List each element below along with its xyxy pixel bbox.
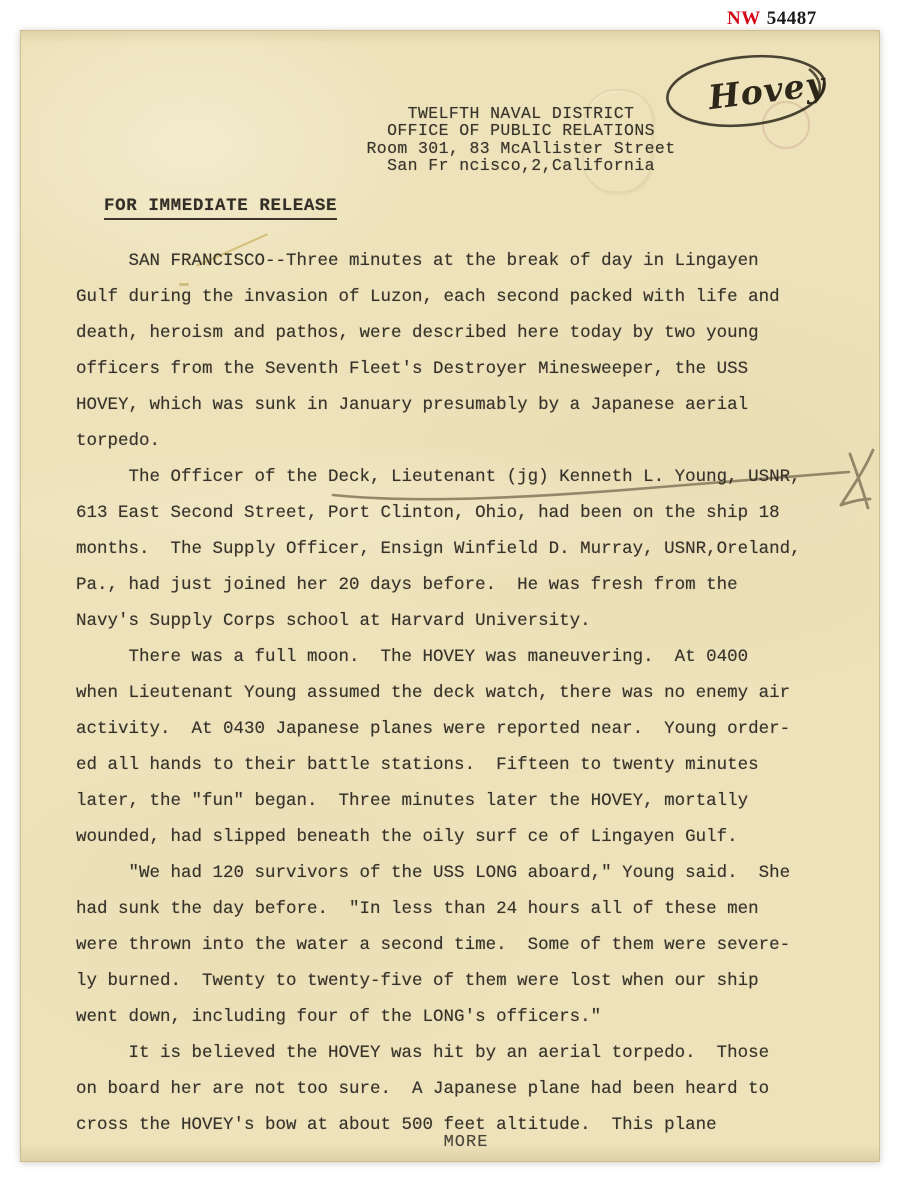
body-line: wounded, had slipped beneath the oily su… — [76, 819, 856, 855]
body-line: had sunk the day before. "In less than 2… — [76, 891, 856, 927]
body-line: SAN FRANCISCO--Three minutes at the brea… — [76, 243, 856, 279]
body-line: There was a full moon. The HOVEY was man… — [76, 639, 856, 675]
typewritten-press-release-sheet: Hovey TWELFTH NAVAL DISTRICTOFFICE OF PU… — [20, 30, 880, 1162]
continuation-marker: MORE — [76, 1133, 856, 1152]
letterhead: TWELFTH NAVAL DISTRICTOFFICE OF PUBLIC R… — [321, 105, 721, 175]
body-line: Pa., had just joined her 20 days before.… — [76, 567, 856, 603]
body-line: HOVEY, which was sunk in January presuma… — [76, 387, 856, 423]
body-line: ly burned. Twenty to twenty-five of them… — [76, 963, 856, 999]
body-line: later, the "fun" began. Three minutes la… — [76, 783, 856, 819]
letterhead-line: TWELFTH NAVAL DISTRICT — [321, 105, 721, 122]
body-line: Navy's Supply Corps school at Harvard Un… — [76, 603, 856, 639]
body-line: when Lieutenant Young assumed the deck w… — [76, 675, 856, 711]
body-line: Gulf during the invasion of Luzon, each … — [76, 279, 856, 315]
letterhead-line: San Fr ncisco,2,California — [321, 157, 721, 174]
body-line: officers from the Seventh Fleet's Destro… — [76, 351, 856, 387]
body-line: went down, including four of the LONG's … — [76, 999, 856, 1035]
letterhead-line: Room 301, 83 McAllister Street — [321, 140, 721, 157]
body-line: The Officer of the Deck, Lieutenant (jg)… — [76, 459, 856, 495]
typed-body: SAN FRANCISCO--Three minutes at the brea… — [76, 243, 856, 1143]
body-line: months. The Supply Officer, Ensign Winfi… — [76, 531, 856, 567]
archive-reference-prefix: NW — [727, 8, 761, 29]
body-line: death, heroism and pathos, were describe… — [76, 315, 856, 351]
archive-reference-number: NW54487 — [727, 8, 817, 30]
body-line: activity. At 0430 Japanese planes were r… — [76, 711, 856, 747]
archive-reference-digits: 54487 — [767, 8, 817, 29]
body-line: torpedo. — [76, 423, 856, 459]
scan-background: { "colors": { "paper": "#ede2ba", "ink":… — [0, 0, 899, 1200]
release-designation: FOR IMMEDIATE RELEASE — [104, 196, 337, 220]
body-line: 613 East Second Street, Port Clinton, Oh… — [76, 495, 856, 531]
body-line: ed all hands to their battle stations. F… — [76, 747, 856, 783]
letterhead-line: OFFICE OF PUBLIC RELATIONS — [321, 122, 721, 139]
body-line: were thrown into the water a second time… — [76, 927, 856, 963]
body-line: It is believed the HOVEY was hit by an a… — [76, 1035, 856, 1071]
body-line: "We had 120 survivors of the USS LONG ab… — [76, 855, 856, 891]
body-line: on board her are not too sure. A Japanes… — [76, 1071, 856, 1107]
